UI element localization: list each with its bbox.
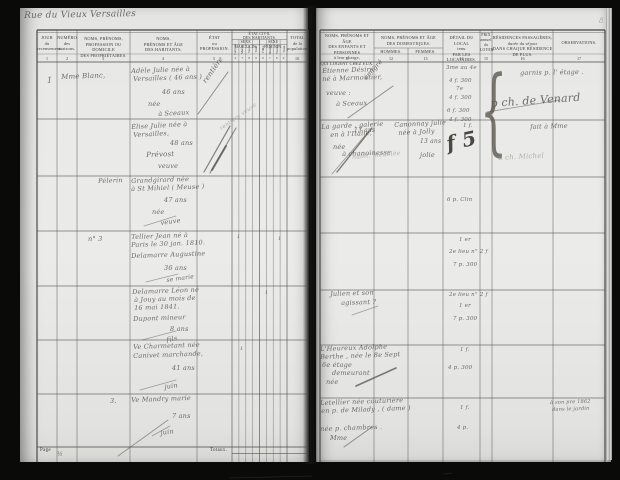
header-total: TOTAL de la population. (287, 35, 308, 52)
handwriting-text: 4 p. 300 (448, 365, 472, 371)
handwriting-text: 41 ans (172, 364, 195, 372)
totals-label: Totaux. (210, 448, 227, 453)
handwriting-text: 7 ans (172, 412, 191, 420)
handwriting-text: veuve (158, 162, 178, 170)
column-number: 16 (521, 56, 525, 61)
handwriting-text: née (152, 208, 164, 216)
handwriting-text: veuve : (326, 89, 351, 97)
etat-civil-sublabel: Garçons. (233, 43, 237, 54)
handwriting-text: 48 ans (170, 139, 193, 147)
handwriting-text: 1 (240, 346, 243, 352)
handwriting-text: 1 (237, 234, 240, 240)
street-annotation: Rue du Vieux Versailles (24, 9, 136, 21)
column-number: 7 (242, 56, 244, 60)
column-number: 7 (269, 56, 271, 60)
handwriting-text: 2e lieu n° 2 f (449, 249, 488, 255)
handwriting-text: 3me au 4e (446, 65, 477, 71)
handwriting-text: 7 p. 300 (453, 316, 477, 322)
column-number: 6 (262, 56, 264, 60)
handwriting-text: 6 f. 300 (447, 108, 470, 114)
handwriting-text: 47 ans (164, 196, 187, 204)
handwriting-text: 7 p. 300 (453, 262, 477, 268)
handwriting-text: 3. (110, 397, 117, 405)
page-label: Page (40, 448, 51, 453)
etat-civil-sublabel: Total. (254, 45, 258, 52)
handwriting-text: 1 er (459, 303, 471, 309)
column-number: 4 (162, 56, 164, 61)
column-number: 6 (235, 56, 237, 60)
column-number: 2 (66, 56, 68, 61)
column-number: 11 (345, 56, 349, 61)
handwriting-text: { (480, 56, 507, 166)
column-number: 8 (276, 56, 278, 60)
handwriting-text: à Sceaux (336, 99, 367, 108)
handwriting-text: fait à Mme (530, 122, 568, 131)
handwriting-text: née (326, 378, 338, 386)
handwriting-text: 13 ans (420, 138, 441, 145)
column-number: 13 (424, 56, 428, 61)
handwriting-text: à Sceaux (158, 108, 190, 118)
column-number: 14 (460, 56, 464, 61)
header-residences: RÉSIDENCES PASSAGÈRES, durée du séjour D… (492, 35, 553, 57)
header-femmes: FEMMES. (408, 49, 443, 55)
handwriting-text: Pélerin (98, 176, 123, 185)
book-spine-shadow (303, 6, 318, 464)
etat-civil-sublabel: Filles. (261, 45, 265, 53)
handwriting-text: demeurant (332, 369, 370, 377)
header-enfants: NOMS, PRÉNOMS ET ÂGE DES ENFANTS ET PERS… (320, 33, 374, 66)
etat-civil-sublabel: Mariées. (268, 43, 272, 54)
column-number: 3 (102, 56, 104, 61)
column-number: 12 (389, 56, 393, 61)
column-number: 8 (248, 56, 250, 60)
handwriting-text: née (148, 100, 160, 108)
handwriting-text: 1 er (459, 237, 471, 243)
handwriting-text: 4 f. 300 (449, 78, 472, 84)
header-prix: PRIX annuel du LOYER. (480, 33, 492, 53)
handwriting-text: 6 p. Clin (447, 197, 472, 203)
handwriting-text: 1 (278, 236, 281, 242)
handwriting-text: 4 p. (457, 425, 468, 431)
handwriting-text: 1 f. (460, 405, 470, 411)
header-jour: JOUR du recensement. (37, 35, 57, 52)
column-number: 17 (577, 56, 581, 61)
handwriting-text: 2e lieu n° 2 f (449, 292, 488, 298)
handwriting-text: Mme (330, 434, 347, 442)
header-numero: NUMÉRO des maisons. (57, 35, 77, 52)
corner-page-number: 8 (599, 17, 604, 25)
handwriting-text: Mme Blanc, (61, 71, 106, 81)
handwriting-text: 13 ans (354, 127, 375, 134)
handwriting-text: jolie (420, 151, 435, 159)
header-domestiques: NOMS, PRÉNOMS ET ÂGE DES DOMESTIQUES. (374, 35, 443, 46)
header-observations: OBSERVATIONS. (553, 40, 605, 46)
header-hommes: HOMMES. (374, 49, 408, 55)
handwriting-text: 1 f. (460, 347, 470, 353)
handwriting-text: 1 f. (463, 123, 473, 129)
column-number: 1 (46, 56, 48, 61)
page-edge-stack (605, 8, 612, 460)
handwriting-text: 46 ans (162, 88, 185, 96)
handwriting-text: 6e étage (322, 361, 352, 369)
handwriting-text: Julien et son (330, 288, 374, 298)
etat-civil-sublabel: Veufs. (247, 45, 251, 53)
column-number: 9 (255, 56, 257, 60)
handwriting-text: 8 ans (170, 325, 189, 333)
column-number: 10 (295, 56, 299, 61)
handwriting-text: 7e (456, 86, 463, 92)
handwriting-text: 1 (47, 76, 52, 85)
etat-civil-sublabel: Mariés. (240, 44, 244, 54)
scanned-register-spread: Rue du Vieux Versailles 8 JOUR du recens… (0, 0, 620, 480)
page-number-handwritten: ½ (57, 451, 63, 458)
handwriting-text: Prévost (146, 150, 174, 159)
header-etat: ÉTAT ou PROFESSION. (197, 35, 232, 52)
handwriting-text: agissant ? (341, 298, 376, 307)
column-number: 9 (283, 56, 285, 60)
handwriting-text: n° 3 (88, 235, 102, 243)
handwriting-text: 16 mai 1841. (134, 302, 180, 312)
etat-civil-sublabel: Total. (282, 45, 286, 52)
handwriting-text: 4 f. 300 (449, 95, 472, 101)
header-habitants: NOMS, PRÉNOMS ET ÂGE DES HABITANTS. (130, 36, 197, 53)
handwriting-text: 36 ans (164, 264, 187, 272)
handwriting-text: garnis p. l' étage . (520, 68, 584, 77)
etat-civil-sublabel: Veuves. (275, 44, 279, 54)
handwriting-text: 1 (265, 290, 268, 296)
